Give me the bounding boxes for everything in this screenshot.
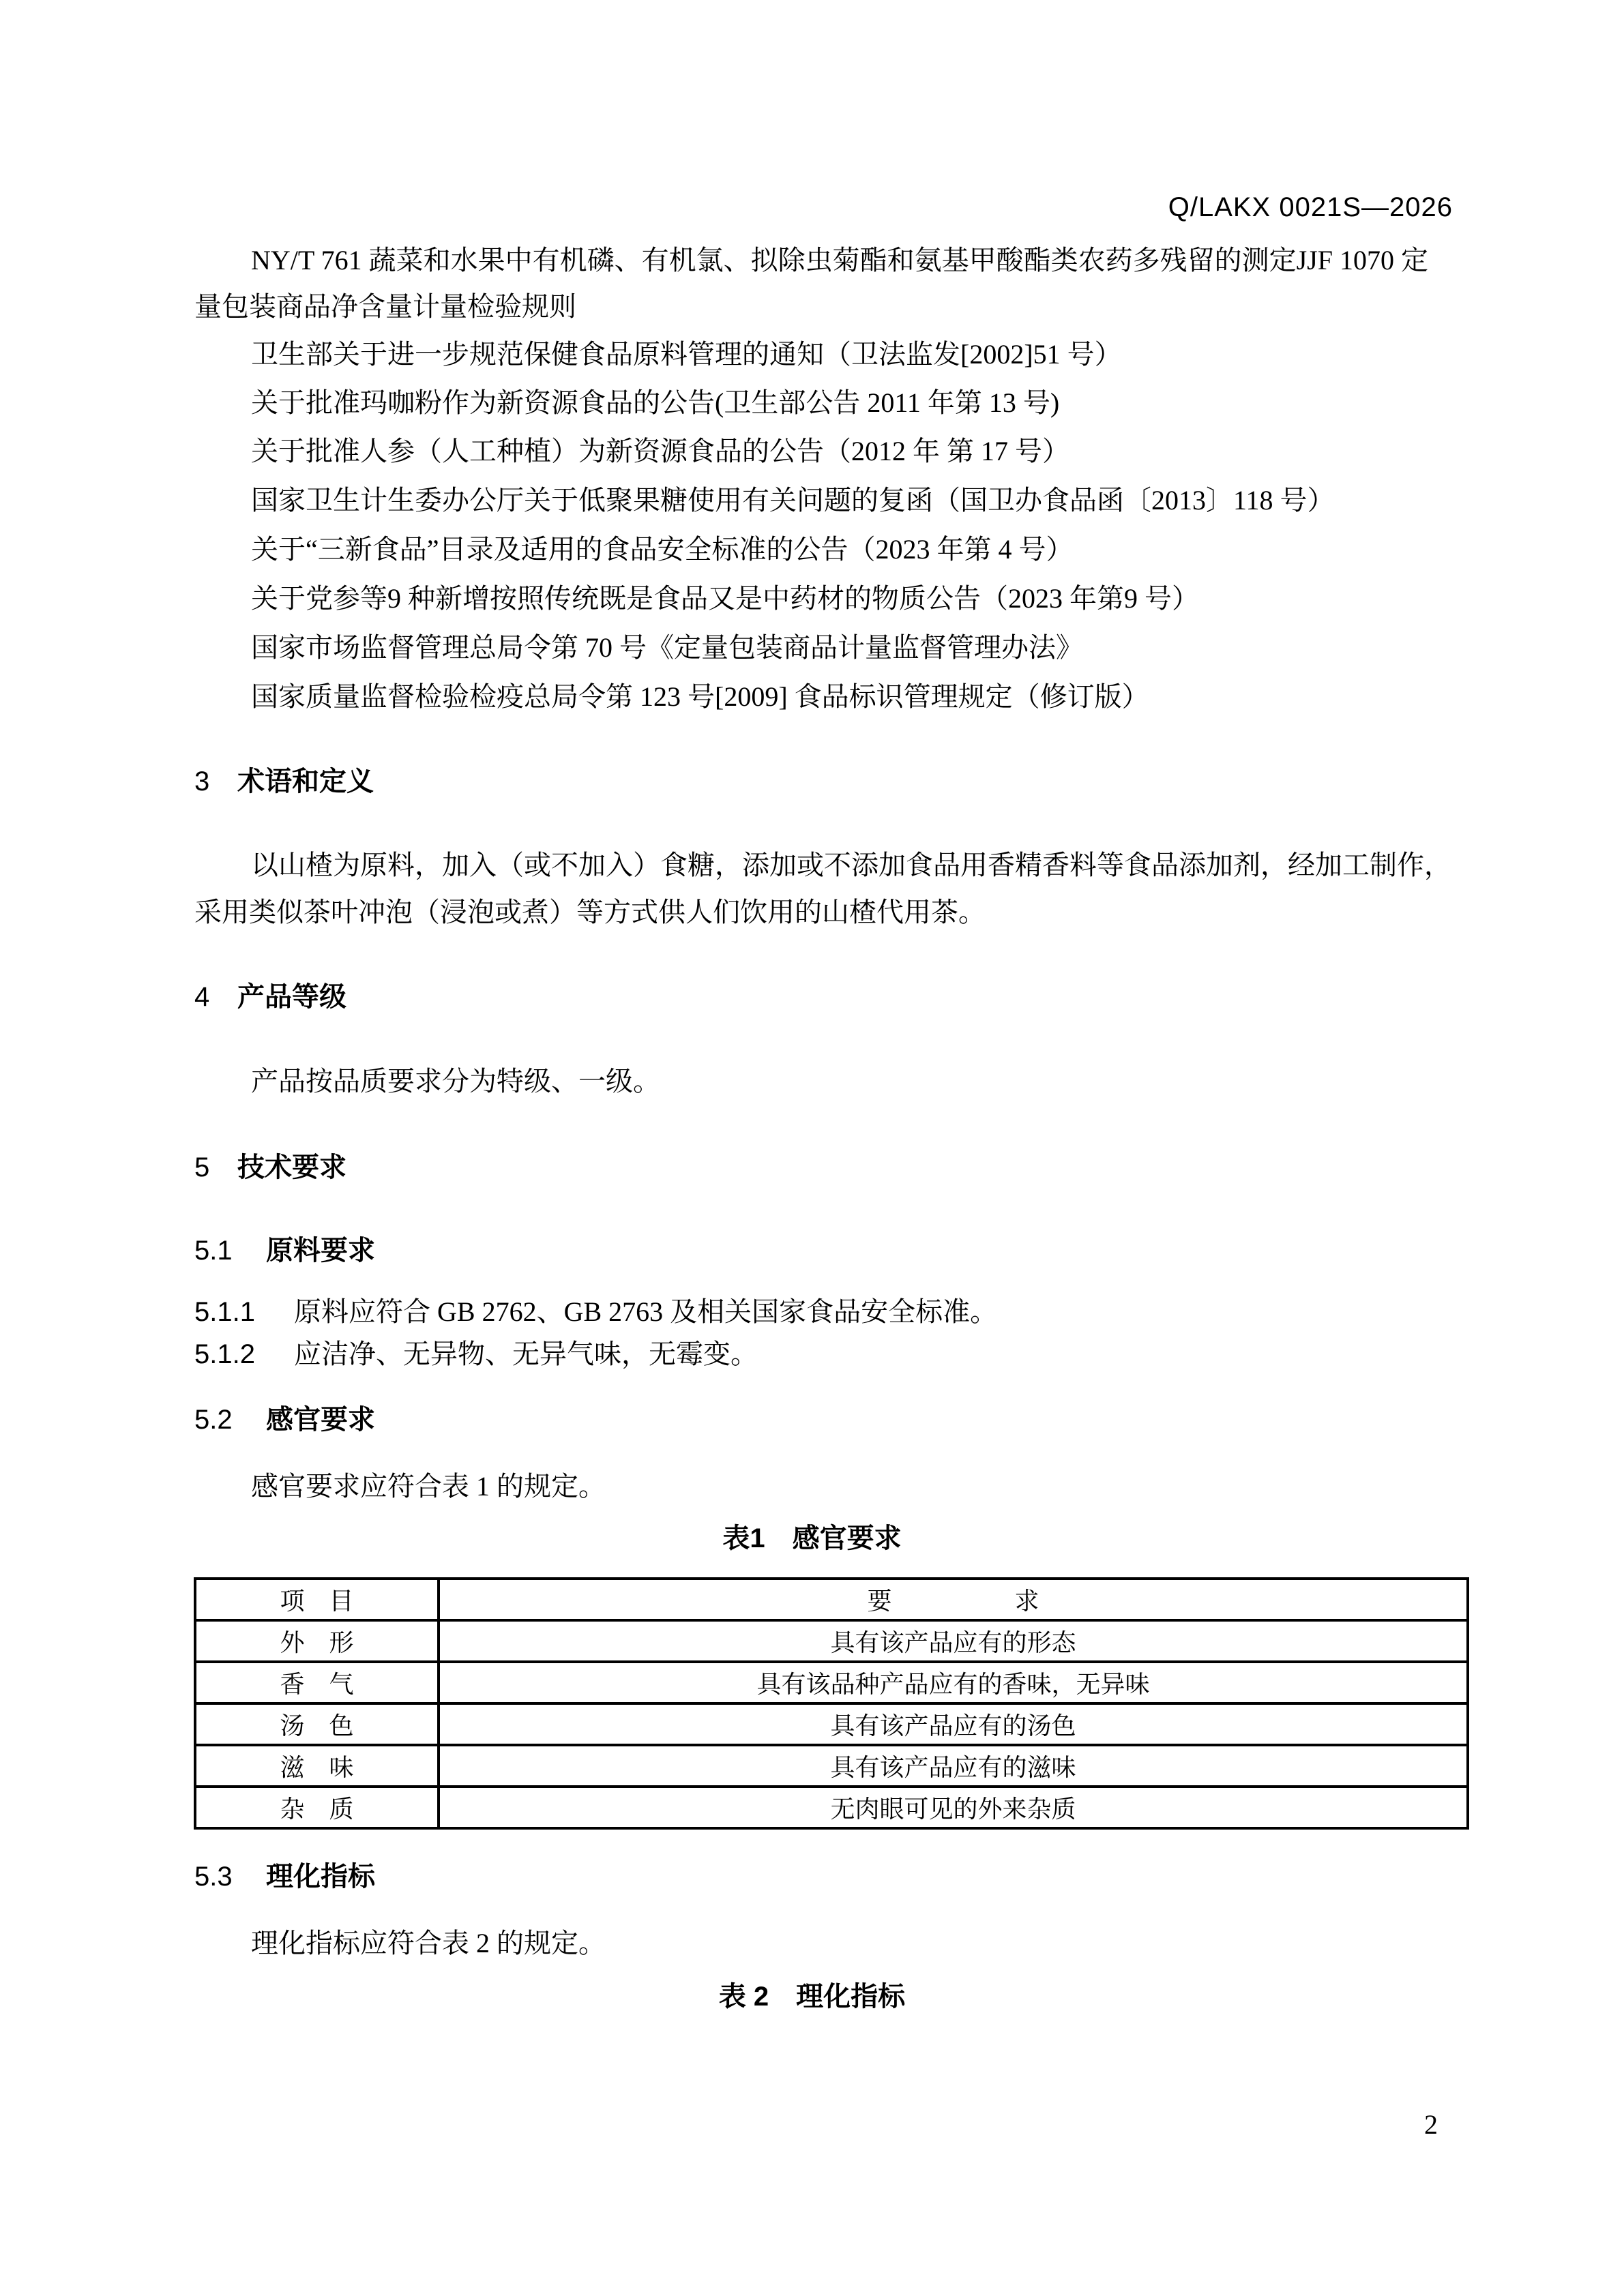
table-1-caption: 表1 感官要求 bbox=[0, 1522, 1624, 1555]
subsection-title: 感官要求 bbox=[266, 1405, 375, 1435]
section-heading-5: 5技术要求 bbox=[194, 1151, 346, 1184]
page-number: 2 bbox=[1424, 2108, 1438, 2141]
table-row: 外 形 具有该产品应有的形态 bbox=[195, 1620, 1468, 1662]
reference-item: 国家质量监督检验检疫总局令第 123 号[2009] 食品标识管理规定（修订版） bbox=[251, 681, 1149, 713]
clause-5-1-2: 5.1.2应洁净、无异物、无异气味，无霉变。 bbox=[194, 1338, 758, 1371]
section-number: 4 bbox=[194, 981, 237, 1013]
subsection-heading-5-3: 5.3理化指标 bbox=[194, 1860, 375, 1893]
table-reference-text: 理化指标应符合表 2 的规定。 bbox=[251, 1927, 606, 1960]
subsection-number: 5.3 bbox=[194, 1860, 266, 1893]
subsection-title: 原料要求 bbox=[266, 1236, 375, 1266]
reference-item: 国家市场监督管理总局令第 70 号《定量包装商品计量监督管理办法》 bbox=[251, 631, 1083, 664]
header-cell-item: 项 目 bbox=[195, 1579, 439, 1620]
section-title: 技术要求 bbox=[237, 1152, 346, 1182]
table-2-caption: 表 2 理化指标 bbox=[0, 1980, 1624, 2013]
reference-item: 关于“三新食品”目录及适用的食品安全标准的公告（2023 年第 4 号） bbox=[251, 533, 1074, 566]
subsection-title: 理化指标 bbox=[266, 1862, 375, 1892]
requirement-cell: 具有该产品应有的形态 bbox=[439, 1620, 1468, 1662]
subsection-heading-5-1: 5.1原料要求 bbox=[194, 1234, 375, 1267]
subsection-heading-5-2: 5.2感官要求 bbox=[194, 1403, 375, 1436]
section-number: 5 bbox=[194, 1151, 237, 1184]
clause-5-1-1: 5.1.1原料应符合 GB 2762、GB 2763 及相关国家食品安全标准。 bbox=[194, 1296, 997, 1328]
clause-number: 5.1.2 bbox=[194, 1338, 294, 1371]
definition-text-line: 采用类似茶叶冲泡（浸泡或煮）等方式供人们饮用的山楂代用茶。 bbox=[194, 896, 986, 929]
section-heading-4: 4产品等级 bbox=[194, 981, 346, 1013]
requirement-cell: 无肉眼可见的外来杂质 bbox=[439, 1787, 1468, 1828]
definition-text-line: 以山楂为原料，加入（或不加入）食糖，添加或不添加食品用香精香料等食品添加剂，经加… bbox=[251, 849, 1451, 882]
reference-item: 关于批准玛咖粉作为新资源食品的公告(卫生部公告 2011 年第 13 号) bbox=[251, 387, 1059, 419]
section-title: 术语和定义 bbox=[237, 766, 374, 796]
requirement-cell: 具有该品种产品应有的香味，无异味 bbox=[439, 1662, 1468, 1703]
reference-item: 关于批准人参（人工种植）为新资源食品的公告（2012 年 第 17 号） bbox=[251, 435, 1069, 468]
clause-text: 原料应符合 GB 2762、GB 2763 及相关国家食品安全标准。 bbox=[294, 1296, 997, 1327]
reference-item: NY/T 761 蔬菜和水果中有机磷、有机氯、拟除虫菊酯和氨基甲酸酯类农药多残留… bbox=[251, 244, 1428, 277]
sensory-requirements-table: 项 目 要 求 外 形 具有该产品应有的形态 香 气 具有该品种产品应有的香味，… bbox=[194, 1577, 1469, 1830]
item-cell: 香 气 bbox=[195, 1662, 439, 1703]
section-heading-3: 3术语和定义 bbox=[194, 765, 374, 798]
table-reference-text: 感官要求应符合表 1 的规定。 bbox=[251, 1470, 606, 1503]
reference-item-continued: 量包装商品净含量计量检验规则 bbox=[194, 290, 576, 323]
requirement-cell: 具有该产品应有的滋味 bbox=[439, 1745, 1468, 1787]
table-row: 滋 味 具有该产品应有的滋味 bbox=[195, 1745, 1468, 1787]
section-title: 产品等级 bbox=[237, 982, 346, 1012]
subsection-number: 5.2 bbox=[194, 1403, 266, 1436]
clause-text: 应洁净、无异物、无异气味，无霉变。 bbox=[294, 1339, 758, 1369]
table-row: 香 气 具有该品种产品应有的香味，无异味 bbox=[195, 1662, 1468, 1703]
item-cell: 滋 味 bbox=[195, 1745, 439, 1787]
requirement-cell: 具有该产品应有的汤色 bbox=[439, 1703, 1468, 1745]
table-row: 杂 质 无肉眼可见的外来杂质 bbox=[195, 1787, 1468, 1828]
reference-item: 卫生部关于进一步规范保健食品原料管理的通知（卫法监发[2002]51 号） bbox=[251, 338, 1122, 371]
table-header-row: 项 目 要 求 bbox=[195, 1579, 1468, 1620]
item-cell: 杂 质 bbox=[195, 1787, 439, 1828]
section-number: 3 bbox=[194, 765, 237, 798]
standard-code: Q/LAKX 0021S—2026 bbox=[0, 192, 1453, 223]
grade-text: 产品按品质要求分为特级、一级。 bbox=[251, 1065, 660, 1098]
reference-item: 关于党参等9 种新增按照传统既是食品又是中药材的物质公告（2023 年第9 号） bbox=[251, 582, 1199, 615]
reference-item: 国家卫生计生委办公厅关于低聚果糖使用有关问题的复函（国卫办食品函〔2013〕11… bbox=[251, 484, 1335, 517]
table-row: 汤 色 具有该产品应有的汤色 bbox=[195, 1703, 1468, 1745]
clause-number: 5.1.1 bbox=[194, 1296, 294, 1328]
item-cell: 外 形 bbox=[195, 1620, 439, 1662]
header-cell-requirement: 要 求 bbox=[439, 1579, 1468, 1620]
subsection-number: 5.1 bbox=[194, 1234, 266, 1267]
item-cell: 汤 色 bbox=[195, 1703, 439, 1745]
